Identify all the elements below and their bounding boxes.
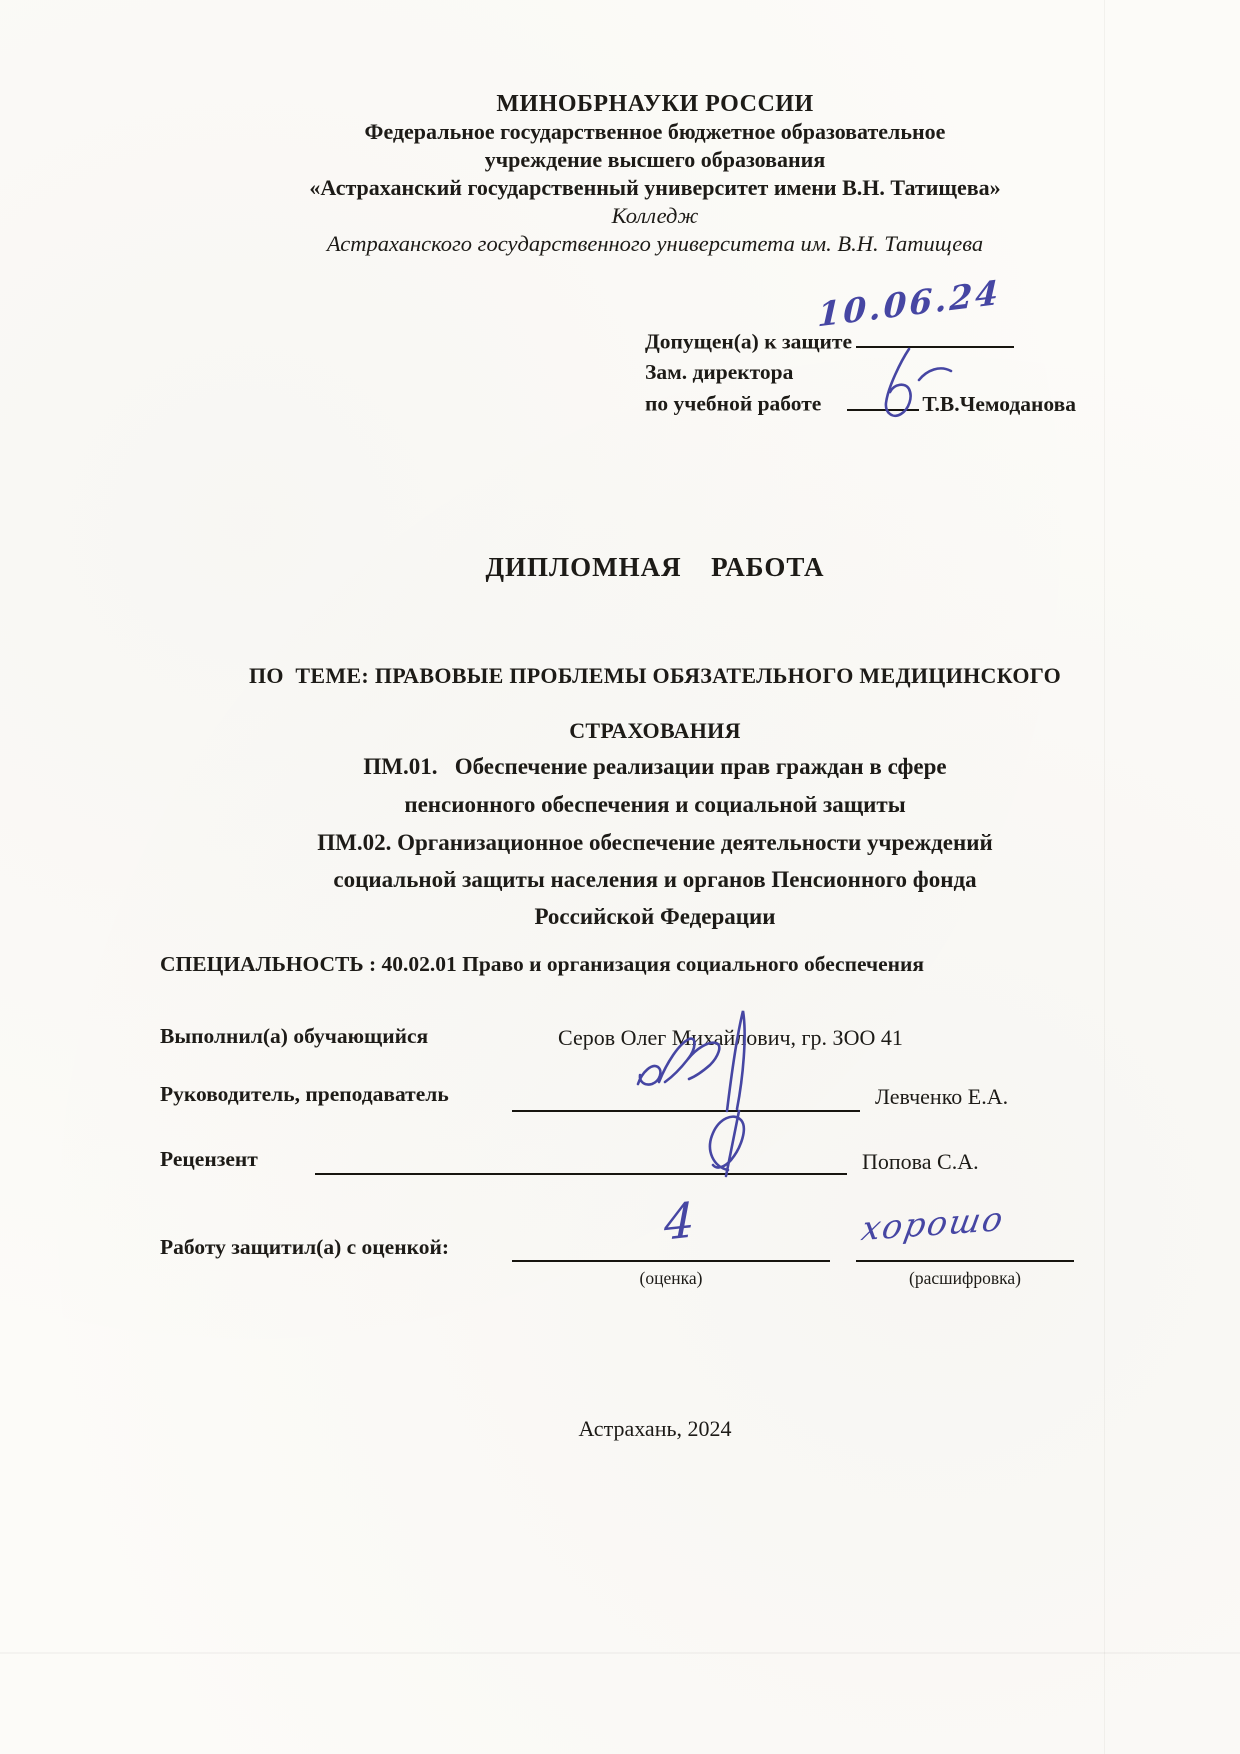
module-pm01: ПМ.01. Обеспечение реализации прав гражд… [70, 748, 1240, 824]
city-year-footer: Астрахань, 2024 [70, 1416, 1240, 1442]
module-pm02: ПМ.02. Организационное обеспечение деяте… [70, 824, 1240, 935]
deputy-director-signature [873, 346, 961, 424]
institution-line-2: учреждение высшего образования [70, 146, 1240, 174]
reviewer-label: Рецензент [160, 1147, 258, 1172]
admission-date-handwritten: 10.06.24 [817, 277, 1001, 331]
college-fullname: Астраханского государственного университ… [70, 230, 1240, 258]
specialty-line: СПЕЦИАЛЬНОСТЬ : 40.02.01 Право и организ… [160, 952, 924, 977]
transcript-handwritten: хорошо [859, 1199, 1008, 1249]
supervisor-name: Левченко Е.А. [875, 1084, 1008, 1110]
scan-artifact-horizontal-line [0, 1652, 1240, 1654]
ministry-name: МИНОБРНАУКИ РОССИИ [70, 90, 1240, 118]
supervisor-signature [630, 1008, 790, 1114]
university-name: «Астраханский государственный университе… [70, 174, 1240, 202]
defense-label: Работу защитил(а) с оценкой: [160, 1235, 449, 1260]
work-type-title: ДИПЛОМНАЯ РАБОТА [70, 552, 1240, 583]
transcript-line [856, 1260, 1074, 1262]
institution-line-1: Федеральное государственное бюджетное об… [70, 118, 1240, 146]
grade-caption: (оценка) [512, 1268, 830, 1289]
admission-block: Допущен(а) к защите 10.06.24 Зам. директ… [645, 326, 1205, 420]
supervisor-label: Руководитель, преподаватель [160, 1082, 449, 1107]
performer-label: Выполнил(а) обучающийся [160, 1024, 428, 1049]
transcript-caption: (расшифровка) [856, 1268, 1074, 1289]
diploma-title-page: МИНОБРНАУКИ РОССИИ Федеральное государст… [0, 0, 1240, 1754]
work-theme: ПО ТЕМЕ: ПРАВОВЫЕ ПРОБЛЕМЫ ОБЯЗАТЕЛЬНОГО… [70, 648, 1240, 758]
reviewer-signature [686, 1108, 774, 1178]
reviewer-name: Попова С.А. [862, 1149, 979, 1175]
college-label: Колледж [70, 202, 1240, 230]
grade-handwritten: 4 [664, 1192, 694, 1252]
ministry-header: МИНОБРНАУКИ РОССИИ Федеральное государст… [70, 90, 1240, 258]
grade-line [512, 1260, 830, 1262]
